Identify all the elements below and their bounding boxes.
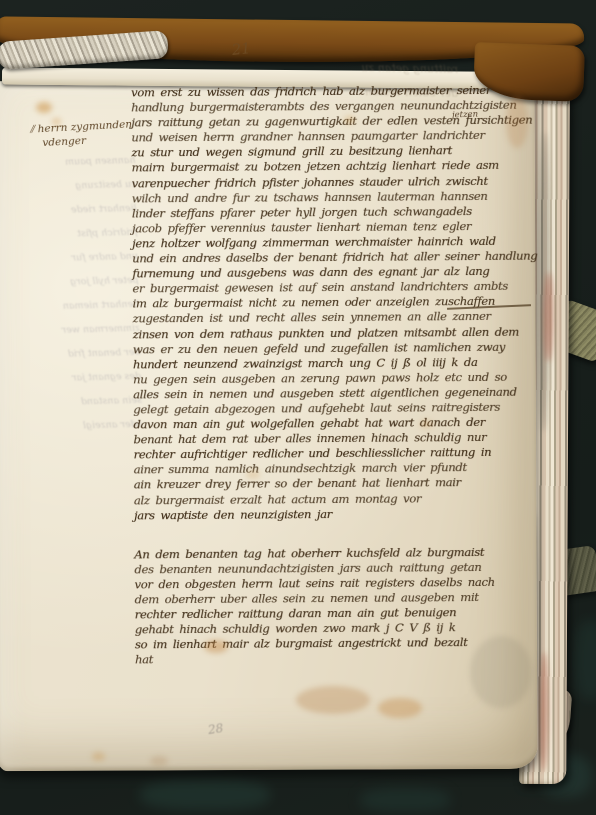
manuscript-line: zugestanden ist und recht alles sein ynn… xyxy=(133,309,535,327)
photographed-manuscript-book: 21 raittung getan zuder edlen vesten ⫽ h… xyxy=(0,0,596,815)
bottom-stain xyxy=(378,698,422,718)
manuscript-line: und ein andres daselbs der benant fridri… xyxy=(132,249,534,267)
fore-edge-red-streak xyxy=(543,272,553,362)
manuscript-line: mairn burgermaist zu botzen jetzen achtz… xyxy=(131,158,533,176)
show-through-line: peter hyll jorg xyxy=(43,269,139,295)
foxing-stain xyxy=(36,102,52,113)
foxing-stain xyxy=(506,96,528,148)
show-through-line: raittung getan zu xyxy=(248,54,458,82)
manuscript-line: jars waptiste den neunzigisten jar xyxy=(134,505,536,523)
folio-number: 21 xyxy=(231,41,251,59)
gray-smudge xyxy=(470,636,532,708)
show-through-line: der benant frid xyxy=(45,341,141,367)
manuscript-line: jacob pfeffer verennius tauster lienhart… xyxy=(132,218,534,236)
foxing-stain xyxy=(150,756,168,766)
show-through-line: zu besitzung xyxy=(41,173,137,199)
background-shadow-patch xyxy=(360,788,450,812)
manuscript-line: und weisen herrn grandner hannsen paumga… xyxy=(131,128,533,146)
bottom-stain xyxy=(296,686,370,714)
show-through-line: lienhart riede xyxy=(42,197,138,223)
show-through-line: des egnant jar xyxy=(46,365,142,391)
manuscript-line: benant hat dem rat uber alles innemen hi… xyxy=(133,430,535,448)
background-shadow-patch xyxy=(575,620,596,700)
show-through-line: zimmerman wer xyxy=(45,317,141,343)
show-through-line: fridrich pfist xyxy=(42,221,138,247)
background-shadow-patch xyxy=(140,780,270,810)
pencil-note: 28 xyxy=(207,721,224,737)
foxing-stain xyxy=(204,640,228,653)
manuscript-line: gelegt getain abgezogen und aufgehebt la… xyxy=(133,400,535,418)
foxing-stain xyxy=(52,118,61,125)
show-through-text-margin: hannsen paumzu besitzunglienhart riedefr… xyxy=(40,149,143,439)
fore-edge-red-streak xyxy=(539,652,549,772)
paragraph-1: vom erst zu wissen das fridrich hab alz … xyxy=(131,83,536,524)
show-through-line: sein anstand xyxy=(47,389,143,415)
manuscript-line: gehabt hinach schuldig worden zwo mark j… xyxy=(135,620,537,638)
show-through-line: hannsen paum xyxy=(40,149,136,175)
show-through-line: und andre fur xyxy=(43,245,139,271)
show-through-line: oder anzeigl xyxy=(47,413,143,439)
margin-annotation: ⫽ herrn zygmunden vdenger xyxy=(29,117,133,150)
foxing-stain xyxy=(92,752,105,761)
foxing-stain xyxy=(246,470,260,479)
foxing-stain xyxy=(344,116,355,124)
foxing-stain xyxy=(420,420,432,428)
manuscript-line: alz burgermaist erzalt hat actum am mont… xyxy=(134,490,536,508)
manuscript-text-block: vom erst zu wissen das fridrich hab alz … xyxy=(131,83,537,668)
show-through-line: lienhart nieman xyxy=(44,293,140,319)
manuscript-line: dem oberherr uber alles sein zu nemen un… xyxy=(135,590,537,608)
manuscript-line: was er zu den neuen gefeld und zugefalle… xyxy=(133,339,535,357)
